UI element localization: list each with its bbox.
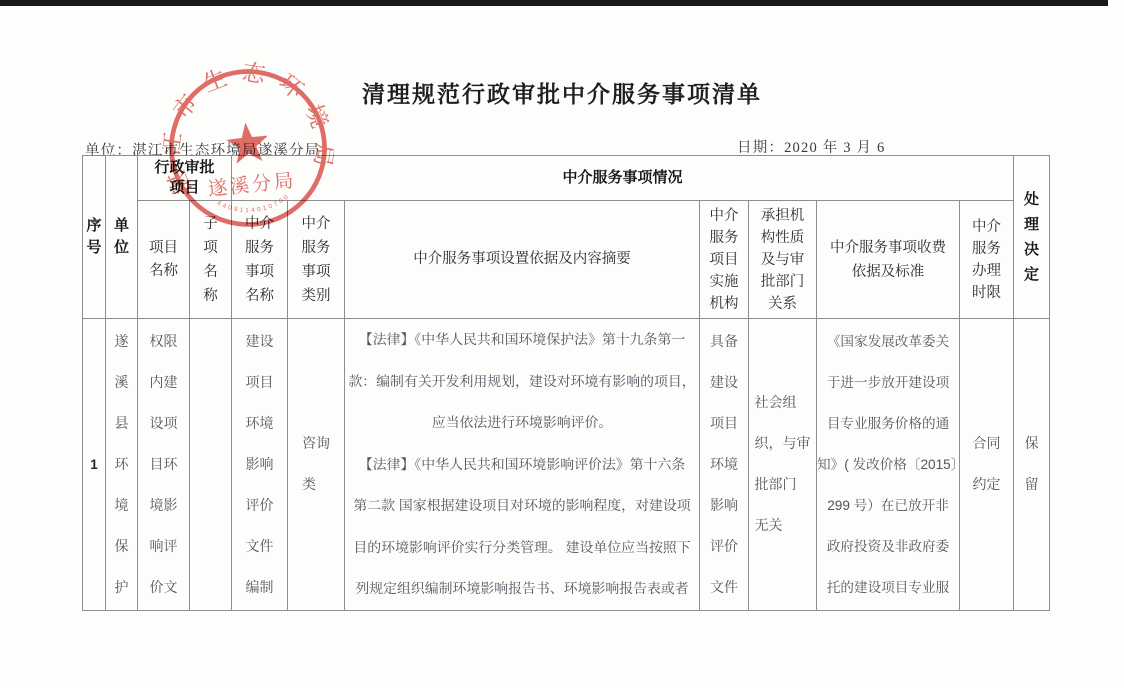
cell-service-name: 建设 项目 环境 影响 评价 文件 编制 (232, 319, 288, 611)
cell-time-limit: 合同 约定 (960, 319, 1014, 611)
header-fee-basis: 中介服务事项收费 依据及标准 (817, 201, 960, 319)
cell-serial-no: 1 (83, 319, 106, 611)
header-subitem-name: 子 项 名 称 (190, 201, 232, 319)
cell-service-category: 咨询 类 (288, 319, 345, 611)
header-implementing-agency: 中介 服务 项目 实施 机构 (700, 201, 749, 319)
header-basis-summary: 中介服务事项设置依据及内容摘要 (345, 201, 700, 319)
cell-subitem-name (190, 319, 232, 611)
cell-basis-summary: 【法律】《中华人民共和国环境保护法》第十九条第一 款：编制有关开发利用规划，建设… (345, 319, 700, 611)
cell-project-name: 权限 内建 设项 目环 境影 响评 价文 (138, 319, 190, 611)
header-serial-no: 序 号 (83, 156, 106, 319)
header-unit: 单 位 (106, 156, 138, 319)
cell-unit: 遂 溪 县 环 境 保 护 (106, 319, 138, 611)
cell-implementing-agency: 具备 建设 项目 环境 影响 评价 文件 (700, 319, 749, 611)
cell-decision: 保 留 (1014, 319, 1050, 611)
header-service-name: 中介 服务 事项 名称 (232, 201, 288, 319)
header-service-overview: 中介服务事项情况 (232, 156, 1014, 201)
page-title: 清理规范行政审批中介服务事项清单 (0, 76, 1124, 109)
header-project-name: 项目 名称 (138, 201, 190, 319)
header-approval-project: 行政审批 项目 (138, 156, 232, 201)
date-label: 日期：2020 年 3 月 6 (737, 136, 886, 157)
header-agency-nature: 承担机 构性质 及与审 批部门 关系 (749, 201, 817, 319)
cell-agency-nature: 社会组 织，与审 批部门 无关 (749, 319, 817, 611)
cell-fee-basis: 《国家发展改革委关 于进一步放开建设项 目专业服务价格的通 知》( 发改价格〔2… (817, 319, 960, 611)
header-service-category: 中介 服务 事项 类别 (288, 201, 345, 319)
table-row: 1 遂 溪 县 环 境 保 护 权限 内建 设项 目环 境影 响评 价文 建设 … (83, 319, 1050, 611)
intermediary-services-table: 序 号 单 位 行政审批 项目 中介服务事项情况 处 理 决 定 项目 名称 子… (82, 155, 1050, 611)
header-decision: 处 理 决 定 (1014, 156, 1050, 319)
scan-edge-artifact (0, 0, 1108, 6)
header-time-limit: 中介 服务 办理 时限 (960, 201, 1014, 319)
